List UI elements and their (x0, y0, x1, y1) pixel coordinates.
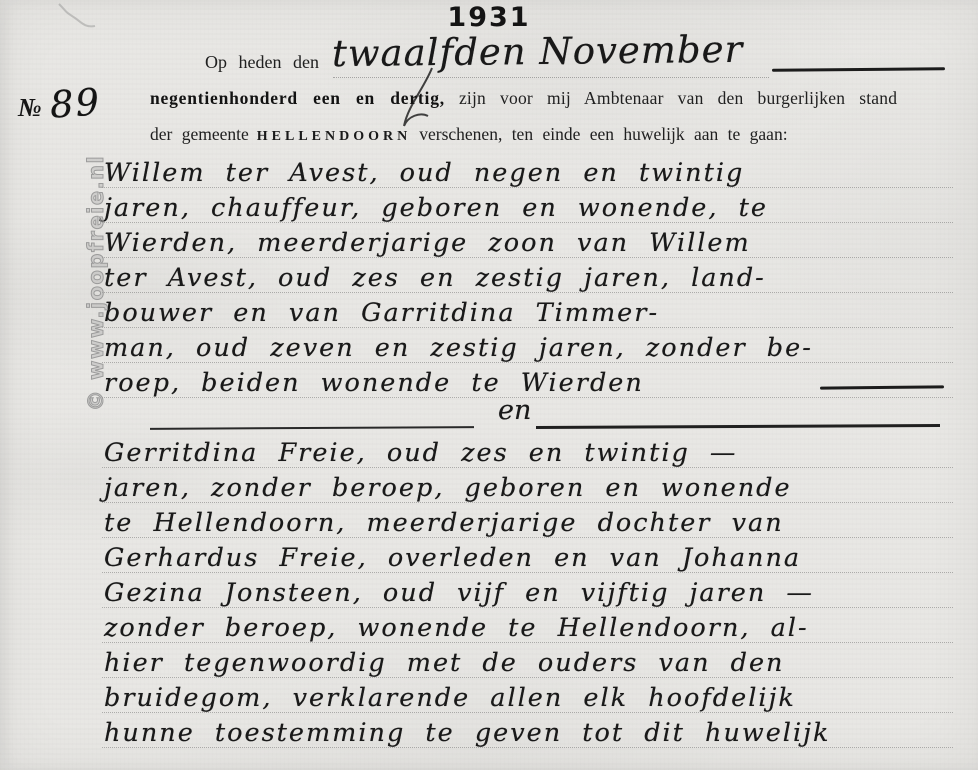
handwriting-line: bruidegom, verklarende allen elk hoofdel… (104, 681, 949, 716)
handwriting-line: Wierden, meerderjarige zoon van Willem (104, 226, 949, 261)
handwriting-line: man, oud zeven en zestig jaren, zonder b… (104, 331, 949, 366)
divider-left-stroke (150, 426, 474, 430)
act-number-value: 89 (48, 80, 102, 126)
copyright-watermark: © www.joopfreie.nl (84, 133, 112, 433)
handwriting-line: hunne toestemming te geven tot dit huwel… (104, 716, 949, 751)
divider-word: en (498, 395, 531, 426)
handwriting-line: hier tegenwoordig met de ouders van den (104, 646, 949, 681)
handwriting-line: Gezina Jonsteen, oud vijf en vijftig jar… (104, 576, 949, 611)
handwriting-line: jaren, zonder beroep, geboren en wonende (104, 471, 949, 506)
handwriting-line: Gerhardus Freie, overleden en van Johann… (104, 541, 949, 576)
handwriting-line: bouwer en van Garritdina Timmer- (104, 296, 949, 331)
handwriting-line: Willem ter Avest, oud negen en twintig (104, 156, 949, 191)
en-divider-row: en (104, 401, 949, 436)
act-number: №89 (18, 82, 101, 125)
handwriting-line: jaren, chauffeur, geboren en wonende, te (104, 191, 949, 226)
handwriting-line: Gerritdina Freie, oud zes en twintig — (104, 436, 949, 471)
divider-right-stroke (536, 424, 940, 429)
numero-sign: № (18, 93, 42, 122)
handwriting-line: te Hellendoorn, meerderjarige dochter va… (104, 506, 949, 541)
handwriting-line: ter Avest, oud zes en zestig jaren, land… (104, 261, 949, 296)
handwriting-line: zonder beroep, wonende te Hellendoorn, a… (104, 611, 949, 646)
handwritten-body: Willem ter Avest, oud negen en twintig j… (104, 0, 949, 770)
scanned-marriage-record: { "header": { "year": "1931" }, "act": {… (0, 0, 978, 770)
